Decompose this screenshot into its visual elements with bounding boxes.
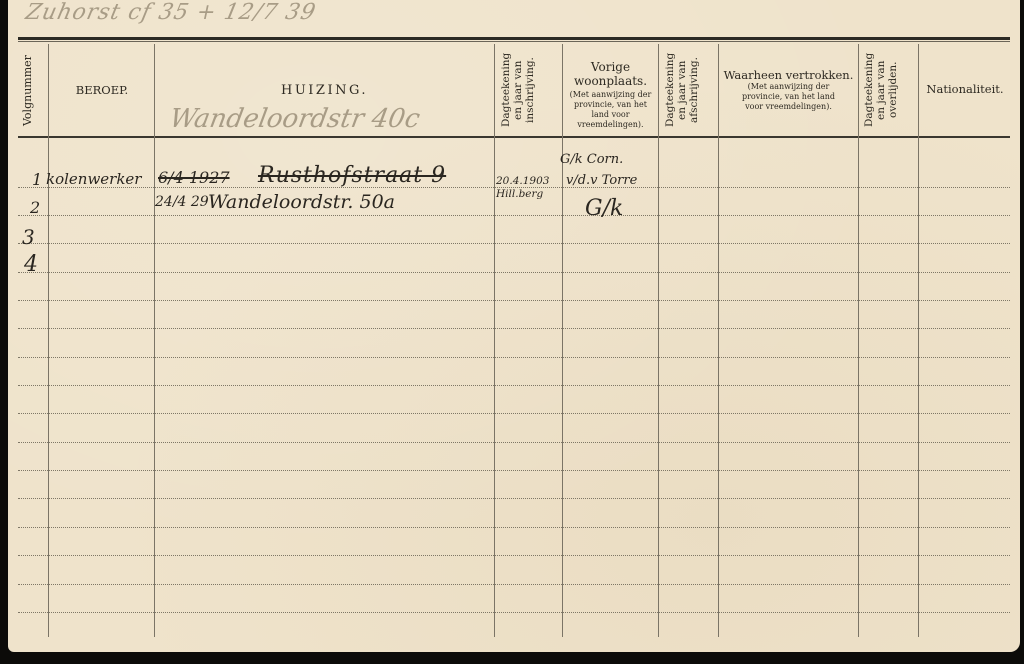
column-divider bbox=[858, 44, 859, 637]
header-afschrijving: Dagteekening en jaar van afschrijving. bbox=[664, 46, 714, 134]
header-inschrijving: Dagteekening en jaar van inschrijving. bbox=[500, 46, 556, 134]
vorige-entry-line3: G/k bbox=[585, 196, 623, 221]
beroep-entry: kolenwerker bbox=[46, 170, 141, 188]
header-top-rule-thin bbox=[18, 41, 1010, 42]
column-divider bbox=[494, 44, 495, 637]
row-rule bbox=[18, 272, 1010, 273]
column-divider bbox=[154, 44, 155, 637]
vorige-woonplaats-title: Vorige woonplaats. bbox=[563, 60, 658, 88]
vorige-woonplaats-note: (Met aanwijzing der provincie, van het l… bbox=[563, 90, 658, 130]
row-number-3: 3 bbox=[22, 225, 35, 249]
row-rule bbox=[18, 413, 1010, 414]
vorige-entry-line1: G/k Corn. bbox=[560, 152, 623, 167]
header-overlijden: Dagteekening en jaar van overlijden. bbox=[863, 46, 913, 134]
waarheen-note: (Met aanwijzing der provincie, van het l… bbox=[719, 82, 858, 112]
huizing-1-date: 6/4 1927 bbox=[158, 168, 230, 187]
column-divider bbox=[918, 44, 919, 637]
huizing-pencil-note: Wandeloordstr 40c bbox=[167, 104, 422, 134]
row-rule bbox=[18, 612, 1010, 613]
row-number-1: 1 bbox=[32, 170, 42, 189]
row-number-4: 4 bbox=[24, 252, 38, 277]
header-waarheen: Waarheen vertrokken. (Met aanwijzing der… bbox=[719, 68, 858, 112]
row-rule bbox=[18, 527, 1010, 528]
row-rule bbox=[18, 243, 1010, 244]
column-divider bbox=[718, 44, 719, 637]
huizing-2-address: Wandeloordstr. 50a bbox=[208, 191, 395, 213]
vorige-entry-line2: v/d.v Torre bbox=[566, 173, 637, 188]
row-rule bbox=[18, 555, 1010, 556]
huizing-2-date: 24/4 29 bbox=[155, 194, 209, 210]
inschrijving-date: 20.4.1903 bbox=[496, 175, 549, 187]
huizing-1-address: Rusthofstraat 9 bbox=[258, 163, 446, 188]
header-vorige-woonplaats: Vorige woonplaats. (Met aanwijzing der p… bbox=[563, 60, 658, 130]
column-divider bbox=[562, 44, 563, 637]
inschrijving-place: Hill.berg bbox=[496, 188, 543, 200]
row-rule bbox=[18, 442, 1010, 443]
header-top-rule bbox=[18, 37, 1010, 40]
row-rule bbox=[18, 498, 1010, 499]
row-rule bbox=[18, 215, 1010, 216]
header-huizing: HUIZING. bbox=[155, 83, 494, 98]
column-divider bbox=[658, 44, 659, 637]
row-rule bbox=[18, 470, 1010, 471]
row-rule bbox=[18, 357, 1010, 358]
row-rule bbox=[18, 300, 1010, 301]
row-rule bbox=[18, 584, 1010, 585]
header-nationaliteit: Nationaliteit. bbox=[919, 82, 1011, 96]
row-rule bbox=[18, 385, 1010, 386]
waarheen-title: Waarheen vertrokken. bbox=[719, 68, 858, 82]
header-volgnummer: Volgnummer bbox=[22, 48, 40, 134]
row-rule bbox=[18, 328, 1010, 329]
header-beroep: BEROEP. bbox=[50, 84, 154, 97]
top-pencil-note: Zuhorst cf 35 + 12/7 39 bbox=[23, 0, 318, 25]
row-number-2: 2 bbox=[30, 198, 40, 217]
column-divider bbox=[48, 44, 49, 637]
header-bottom-rule bbox=[18, 136, 1010, 138]
